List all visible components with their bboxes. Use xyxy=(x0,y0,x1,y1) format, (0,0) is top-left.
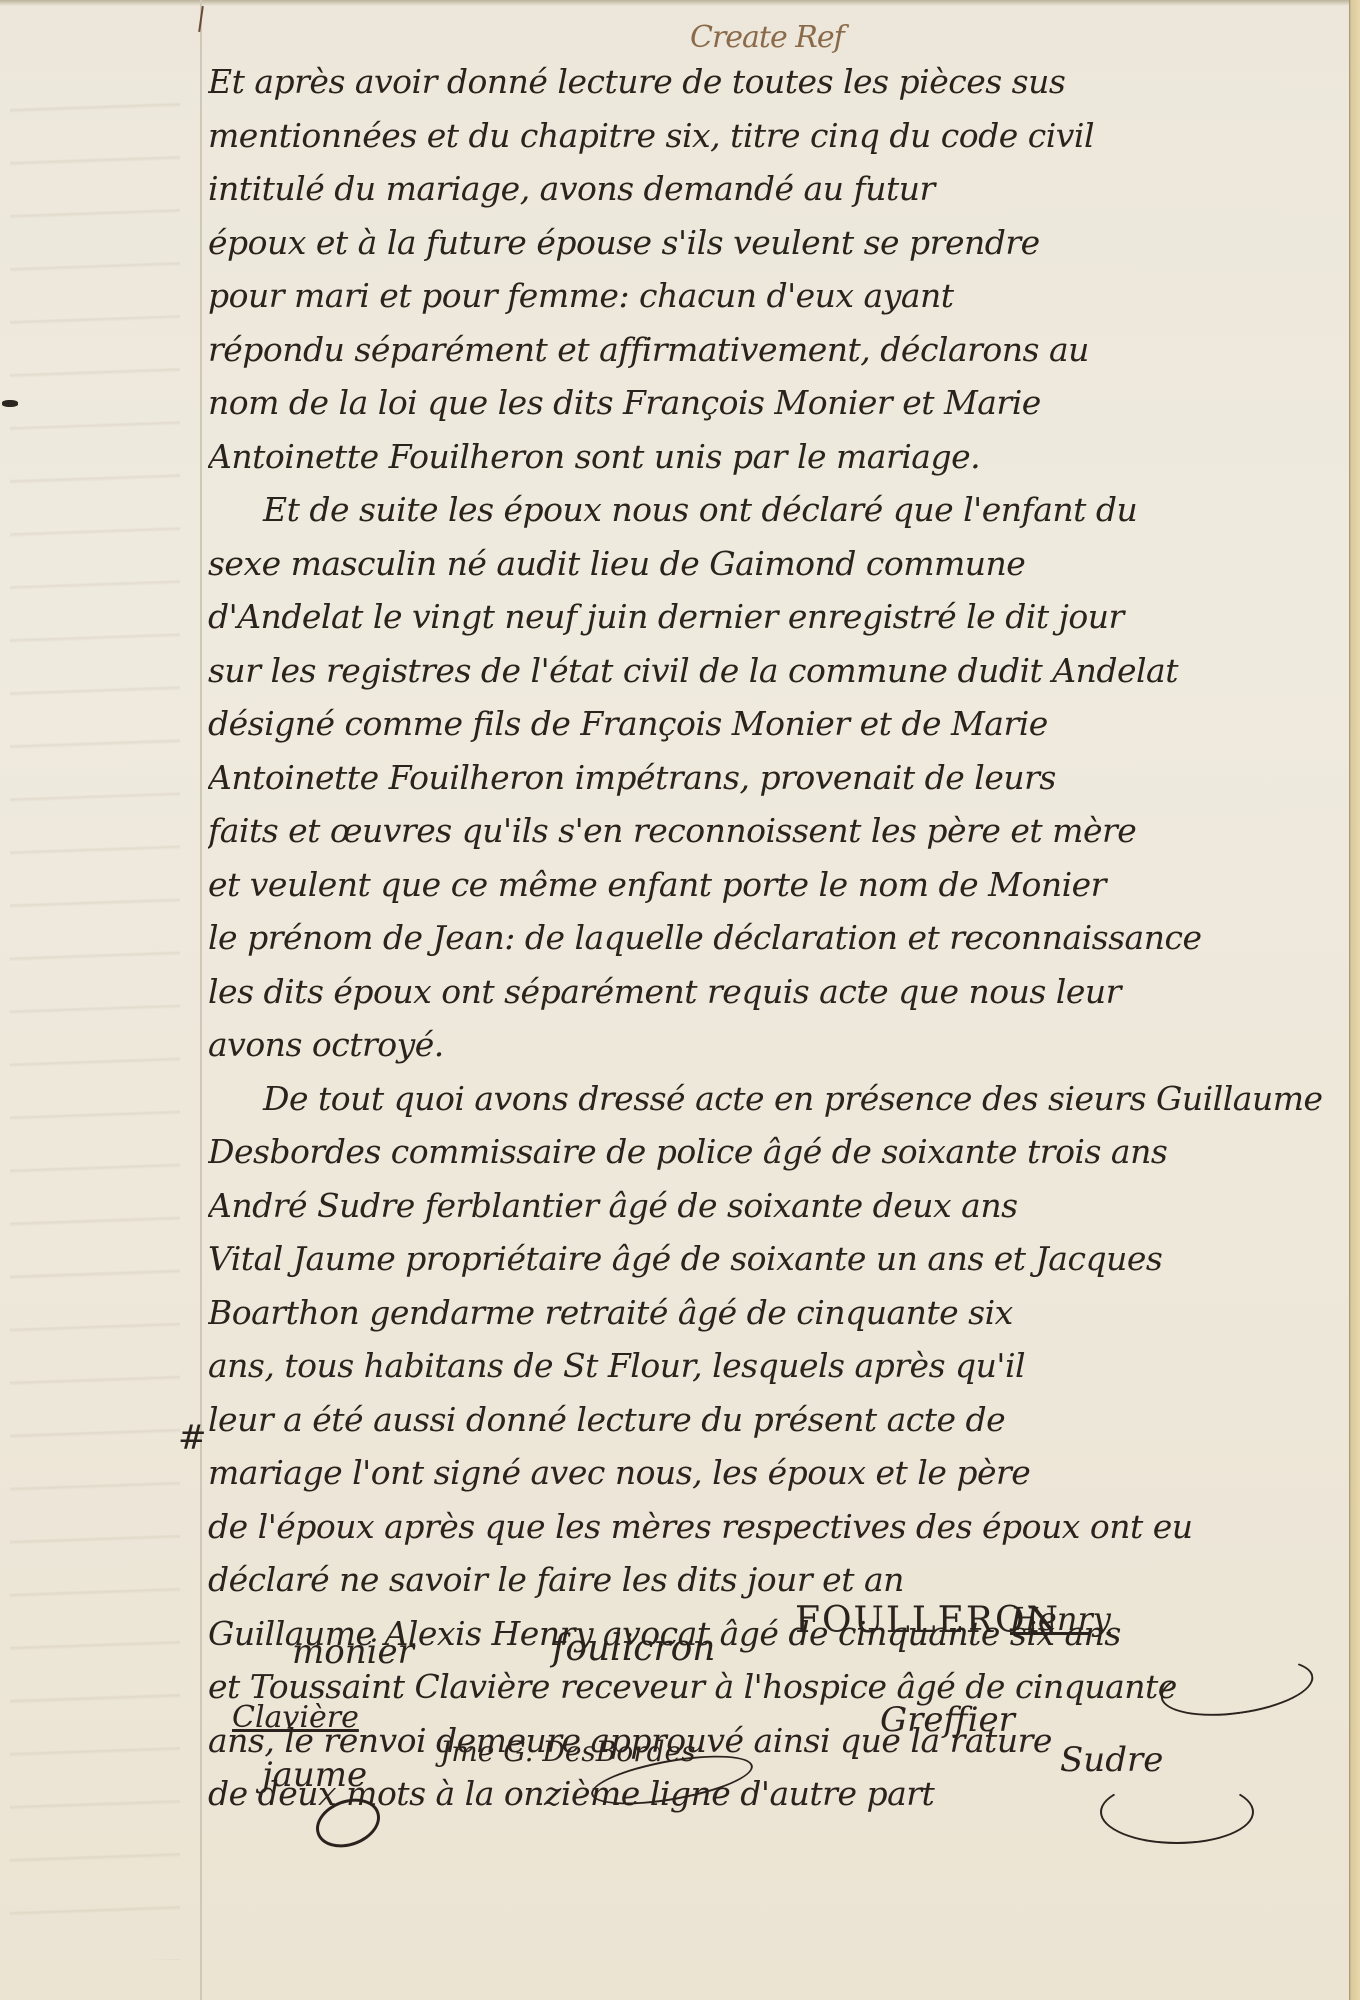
signature-foulicron: foulicron xyxy=(552,1628,715,1669)
text-line: sur les registres de l'état civil de la … xyxy=(208,644,1338,698)
signature-flourish xyxy=(1100,1780,1254,1844)
text-line: mariage l'ont signé avec nous, les époux… xyxy=(208,1446,1338,1500)
signature-claviere: Clavière xyxy=(232,1700,359,1735)
margin-insertion-mark: # xyxy=(178,1418,207,1458)
text-line: répondu séparément et affirmativement, d… xyxy=(208,323,1338,377)
text-line: nom de la loi que les dits François Moni… xyxy=(208,376,1338,430)
text-line: sexe masculin né audit lieu de Gaimond c… xyxy=(208,537,1338,591)
facing-page-bleedthrough xyxy=(10,60,180,1960)
text-line: pour mari et pour femme: chacun d'eux ay… xyxy=(208,269,1338,323)
text-line: intitulé du mariage, avons demandé au fu… xyxy=(208,162,1338,216)
text-line: André Sudre ferblantier âgé de soixante … xyxy=(208,1179,1338,1233)
text-line: De tout quoi avons dressé acte en présen… xyxy=(208,1072,1338,1126)
text-line: Antoinette Fouilheron sont unis par le m… xyxy=(208,430,1338,484)
ink-blot xyxy=(2,400,18,407)
text-line: faits et œuvres qu'ils s'en reconnoissen… xyxy=(208,804,1338,858)
text-line: Antoinette Fouilheron impétrans, provena… xyxy=(208,751,1338,805)
text-line: leur a été aussi donné lecture du présen… xyxy=(208,1393,1338,1447)
signature-henry: Henry xyxy=(1010,1600,1111,1638)
text-line: et veulent que ce même enfant porte le n… xyxy=(208,858,1338,912)
text-line: ans, le renvoi demeure approuvé ainsi qu… xyxy=(208,1714,1338,1768)
signature-monier: monier xyxy=(292,1632,414,1672)
text-line: Vital Jaume propriétaire âgé de soixante… xyxy=(208,1232,1338,1286)
text-line: déclaré ne savoir le faire les dits jour… xyxy=(208,1553,1338,1607)
signature-greffier: Greffier xyxy=(880,1700,1015,1740)
text-line: d'Andelat le vingt neuf juin dernier enr… xyxy=(208,590,1338,644)
text-line: ans, tous habitans de St Flour, lesquels… xyxy=(208,1339,1338,1393)
text-line: mentionnées et du chapitre six, titre ci… xyxy=(208,109,1338,163)
signature-officer: Sudre xyxy=(1060,1740,1163,1780)
text-line: désigné comme fils de François Monier et… xyxy=(208,697,1338,751)
text-line: avons octroyé. xyxy=(208,1018,1338,1072)
text-line: de l'époux après que les mères respectiv… xyxy=(208,1500,1338,1554)
text-line: Et après avoir donné lecture de toutes l… xyxy=(208,55,1338,109)
signature-jaume: jaume xyxy=(262,1755,367,1795)
text-line: époux et à la future épouse s'ils veulen… xyxy=(208,216,1338,270)
record-text: Et après avoir donné lecture de toutes l… xyxy=(208,55,1338,1821)
page-edge xyxy=(1349,0,1360,2000)
top-annotation: Create Ref xyxy=(690,20,844,55)
text-line: Et de suite les époux nous ont déclaré q… xyxy=(208,483,1338,537)
margin-rule xyxy=(200,0,202,2000)
text-line: les dits époux ont séparément requis act… xyxy=(208,965,1338,1019)
document-page: Create Ref Et après avoir donné lecture … xyxy=(0,0,1349,2000)
text-line: Desbordes commissaire de police âgé de s… xyxy=(208,1125,1338,1179)
text-line: Boarthon gendarme retraité âgé de cinqua… xyxy=(208,1286,1338,1340)
text-line: le prénom de Jean: de laquelle déclarati… xyxy=(208,911,1338,965)
